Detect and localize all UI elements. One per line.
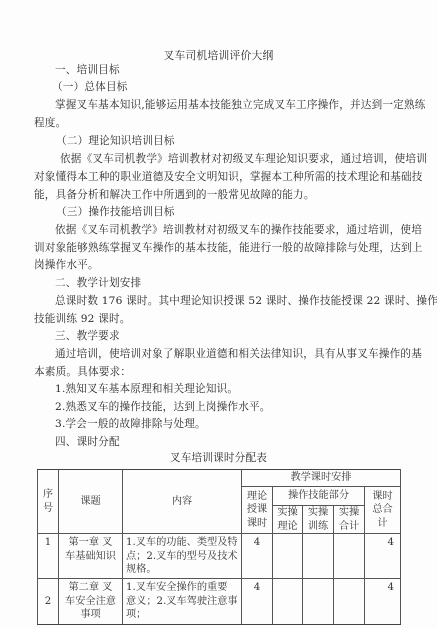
subsection-heading-theory-goal: （二）理论知识培训目标 (56, 134, 175, 148)
header-practical-training: 实操训练 (303, 506, 334, 534)
header-seq: 序号 (38, 470, 59, 534)
header-topic: 课题 (59, 470, 123, 534)
document-page: 叉车司机培训评价大纲 一、培训目标 （一）总体目标 掌握叉车基本知识,能够运用基… (0, 0, 437, 628)
cell-theory-hours: 4 (242, 579, 273, 625)
paragraph-line: 总课时数 176 课时。其中理论知识授课 52 课时、操作技能授课 22 课时、… (55, 294, 437, 308)
header-content: 内容 (123, 470, 242, 534)
section-heading-teaching-requirements: 三、教学要求 (55, 329, 120, 343)
cell-practical-training (303, 534, 334, 579)
requirement-item: 2.熟悉叉车的操作技能，达到上岗操作水平。 (55, 400, 271, 414)
header-schedule: 教学课时安排 (242, 470, 401, 487)
table-caption: 叉车培训课时分配表 (0, 451, 437, 465)
subsection-heading-skill-goal: （三）操作技能培训目标 (56, 205, 175, 219)
cell-practical-theory (273, 579, 303, 625)
subsection-heading-overall-goal: （一）总体目标 (52, 80, 128, 94)
paragraph-line: 本素质。具体要求： (34, 365, 131, 379)
paragraph-line: 通过培训，使培训对象了解职业道德和相关法律知识，具有从事叉车操作的基 (55, 347, 422, 361)
section-heading-hour-allocation: 四、课时分配 (55, 435, 120, 449)
header-total-hours: 课时总合计 (365, 487, 401, 534)
header-theory-hours: 理论授课课时 (242, 487, 273, 534)
document-title: 叉车司机培训评价大纲 (0, 49, 437, 63)
paragraph-line: 岗操作水平。 (34, 258, 99, 272)
table-row: 1 第一章 叉车基础知识 1.叉车的功能、类型及特点；2.叉车的型号及技术规格。… (38, 534, 401, 579)
cell-total-hours: 4 (365, 579, 401, 625)
section-heading-training-goals: 一、培训目标 (55, 63, 120, 77)
requirement-item: 3.学会一般的故障排除与处理。 (55, 417, 206, 431)
cell-seq: 1 (38, 534, 59, 579)
header-skill-part: 操作技能部分 (273, 487, 365, 506)
cell-theory-hours: 4 (242, 534, 273, 579)
cell-seq: 2 (38, 579, 59, 625)
paragraph-line: 对象懂得本工种的职业道德及安全文明知识，掌握本工种所需的技术理论和基础技 (34, 170, 423, 184)
cell-topic: 第二章 叉车安全注意事项 (59, 579, 123, 625)
paragraph-line: 技能训练 92 课时。 (34, 312, 131, 326)
table-row: 2 第二章 叉车安全注意事项 1.叉车安全操作的重要意义；2.叉车驾驶注意事项；… (38, 579, 401, 625)
paragraph-line: 训对象能够熟练掌握叉车操作的基本技能，能进行一般的故障排除与处理，达到上 (34, 241, 423, 255)
paragraph-line: 依据《叉车司机教学》培训教材对初级叉车理论知识要求，通过培训，使培训 (60, 152, 427, 166)
cell-practical-training (303, 579, 334, 625)
cell-total-hours: 4 (365, 534, 401, 579)
cell-practical-theory (273, 534, 303, 579)
section-heading-teaching-plan: 二、教学计划安排 (55, 276, 141, 290)
paragraph-line: 依据《叉车司机教学》培训教材对初级叉车的操作技能要求，通过培训，使培 (55, 223, 422, 237)
paragraph-line: 掌握叉车基本知识,能够运用基本技能独立完成叉车工序操作，并达到一定熟练 (55, 98, 426, 112)
cell-content: 1.叉车的功能、类型及特点；2.叉车的型号及技术规格。 (123, 534, 242, 579)
cell-practical-total (334, 534, 365, 579)
cell-content: 1.叉车安全操作的重要意义；2.叉车驾驶注意事项； (123, 579, 242, 625)
hour-allocation-table: 序号 课题 内容 教学课时安排 理论授课课时 操作技能部分 课时总合计 实操理论… (37, 469, 401, 625)
paragraph-line: 能，具备分析和解决工作中所遇到的一般常见故障的能力。 (34, 188, 315, 202)
header-practical-total: 实操合计 (334, 506, 365, 534)
header-practical-theory: 实操理论 (273, 506, 303, 534)
requirement-item: 1.熟知叉车基本原理和相关理论知识。 (55, 382, 238, 396)
cell-topic: 第一章 叉车基础知识 (59, 534, 123, 579)
paragraph-line: 程度。 (34, 116, 66, 130)
cell-practical-total (334, 579, 365, 625)
